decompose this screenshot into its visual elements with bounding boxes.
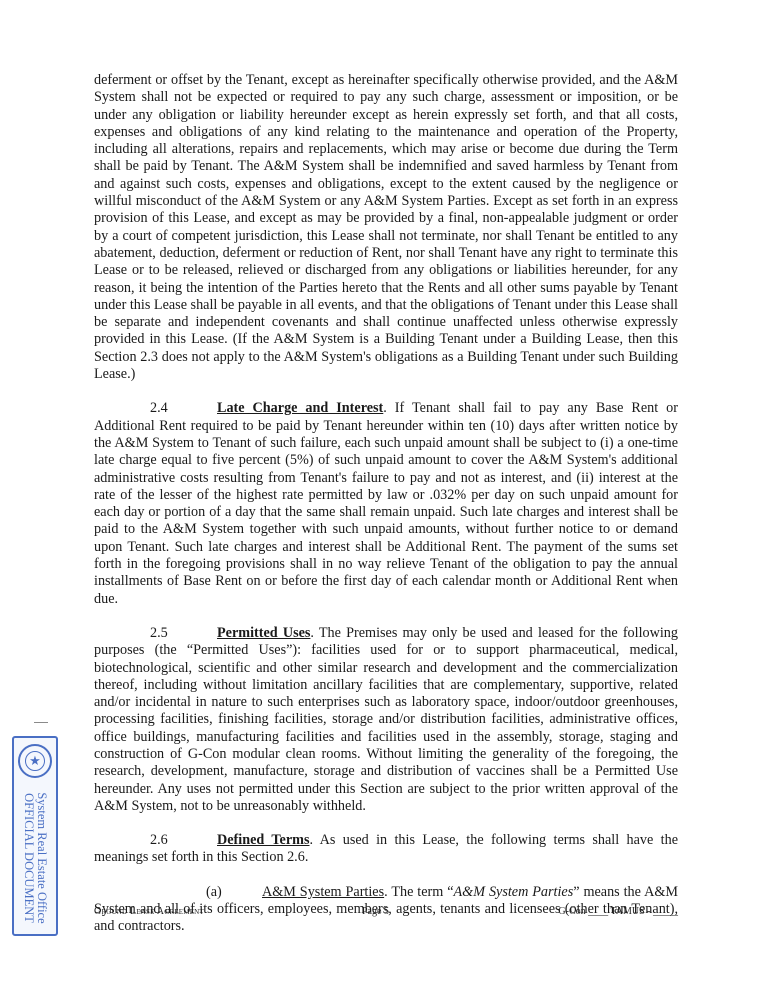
paragraph-2-3-continuation: deferment or offset by the Tenant, excep…: [94, 72, 678, 383]
defined-term: A&M System Parties: [454, 884, 574, 900]
subsection-label: (a): [206, 884, 262, 901]
stamp-line-1: System Real Estate Office: [35, 783, 48, 933]
subsection-body-pre: . The term “: [384, 884, 453, 900]
section-2-4: 2.4Late Charge and Interest. If Tenant s…: [94, 400, 678, 608]
section-body: . The Premises may only be used and leas…: [94, 625, 678, 814]
section-number: 2.4: [94, 400, 217, 417]
stamp-line-2: OFFICIAL DOCUMENT: [22, 783, 35, 933]
section-heading: Permitted Uses: [217, 625, 310, 641]
section-2-5: 2.5Permitted Uses. The Premises may only…: [94, 625, 678, 815]
document-body: deferment or offset by the Tenant, excep…: [94, 72, 678, 936]
section-heading: Late Charge and Interest: [217, 400, 383, 416]
subsection-heading: A&M System Parties: [262, 884, 384, 900]
seal-icon: ★: [18, 744, 52, 778]
margin-mark: [34, 722, 48, 723]
section-2-6: 2.6Defined Terms. As used in this Lease,…: [94, 832, 678, 867]
stamp-text: System Real Estate Office OFFICIAL DOCUM…: [22, 783, 48, 933]
page-footer: Ground Lease Agreement Page 5 G-Con ____…: [94, 906, 678, 922]
footer-document-title: Ground Lease Agreement: [94, 906, 204, 917]
section-number: 2.5: [94, 625, 217, 642]
section-body: . If Tenant shall fail to pay any Base R…: [94, 400, 678, 606]
section-heading: Defined Terms: [217, 832, 309, 848]
official-document-stamp: ★ System Real Estate Office OFFICIAL DOC…: [12, 736, 58, 936]
section-number: 2.6: [94, 832, 217, 849]
footer-page-number: Page 5: [362, 906, 389, 917]
footer-initials: G-Con ____ TAMUS - _____: [558, 906, 678, 917]
star-icon: ★: [25, 751, 45, 771]
